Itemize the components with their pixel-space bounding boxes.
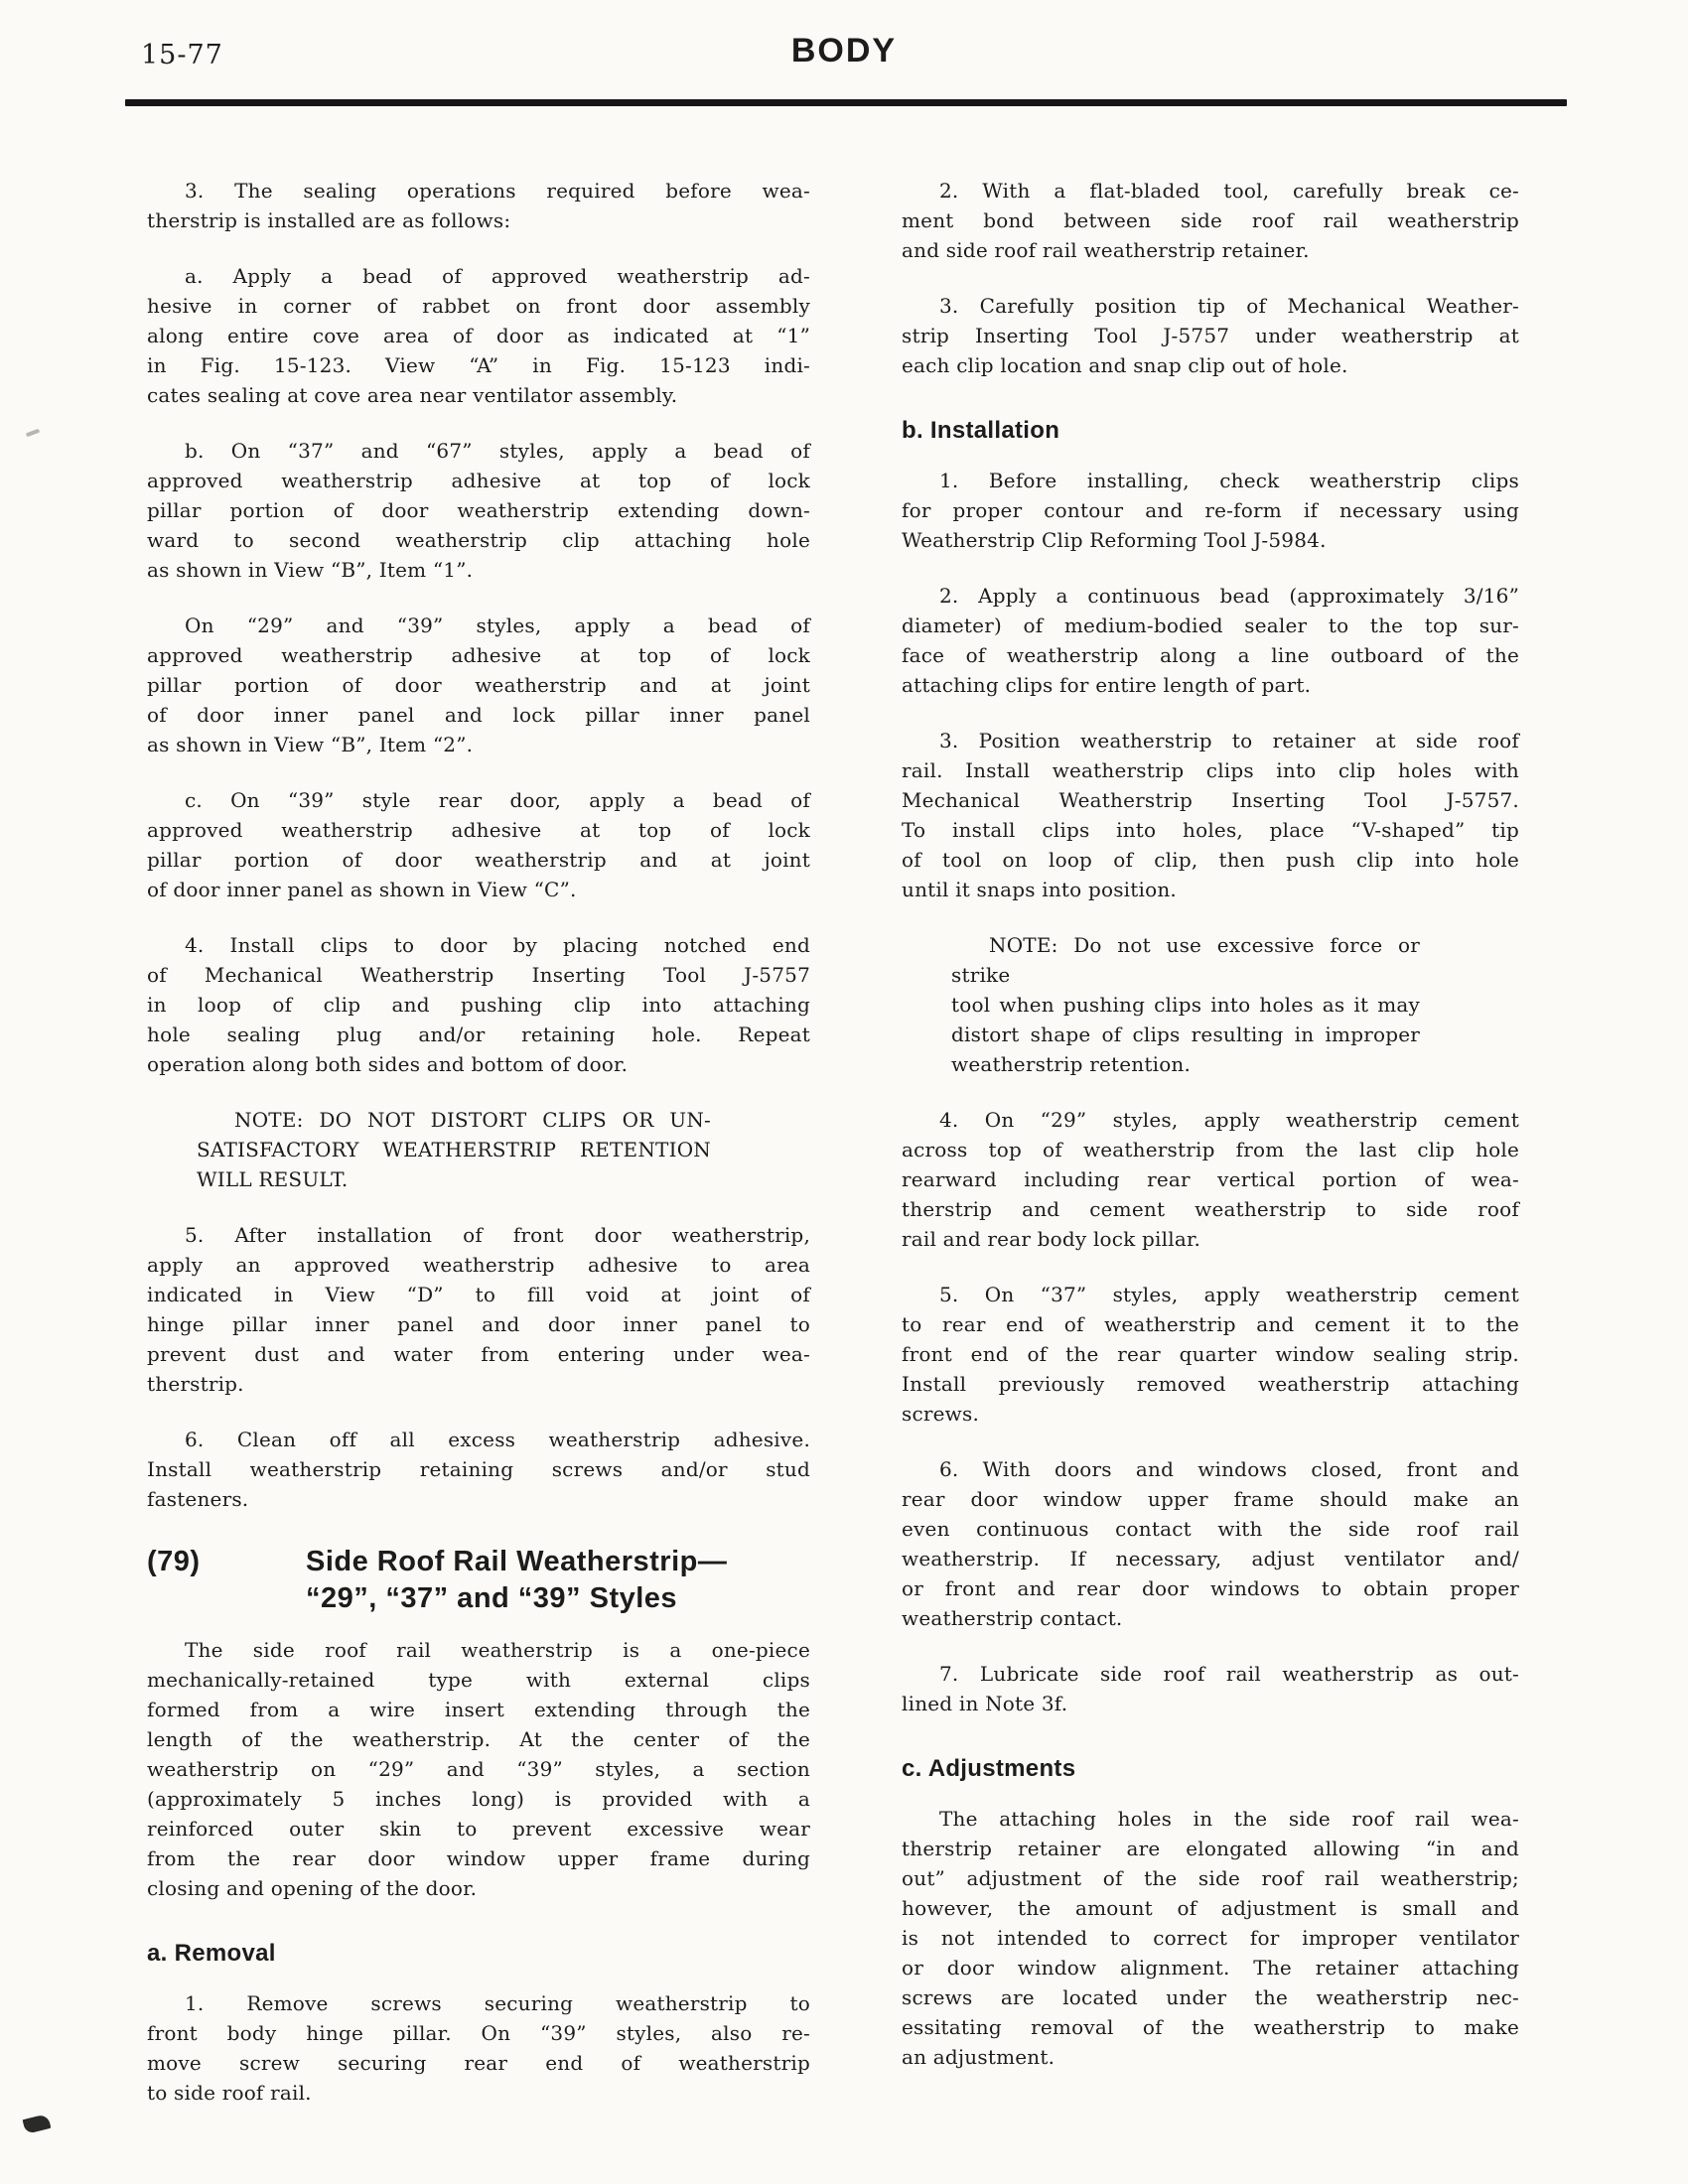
text-line: therstrip is installed are as follows: (147, 205, 810, 235)
right-column: 2. With a flat-bladed tool, carefully br… (902, 162, 1519, 2072)
text-line: operation along both sides and bottom of… (147, 1049, 810, 1079)
text-line: Install weatherstrip retaining screws an… (147, 1454, 810, 1484)
text-line: essitating removal of the weatherstrip t… (902, 2012, 1519, 2042)
text-line: 4. Install clips to door by placing notc… (147, 930, 810, 960)
text-line: 6. Clean off all excess weatherstrip adh… (147, 1425, 810, 1454)
text-line: move screw securing rear end of weathers… (147, 2048, 810, 2078)
text-line: (approximately 5 inches long) is provide… (147, 1784, 810, 1814)
paragraph: 5. After installation of front door weat… (147, 1220, 810, 1399)
text-line: lined in Note 3f. (902, 1689, 1519, 1718)
text-line: 3. Carefully position tip of Mechanical … (902, 291, 1519, 321)
text-line: 1. Before installing, check weatherstrip… (902, 466, 1519, 495)
scan-smudge-icon (26, 429, 41, 438)
text-line: hole sealing plug and/or retaining hole.… (147, 1020, 810, 1049)
text-line: NOTE: DO NOT DISTORT CLIPS OR UN- (197, 1105, 711, 1135)
paragraph: 4. Install clips to door by placing notc… (147, 930, 810, 1079)
text-line: tool when pushing clips into holes as it… (951, 990, 1420, 1020)
text-line: prevent dust and water from entering und… (147, 1339, 810, 1369)
text-line: 1. Remove screws securing weatherstrip t… (147, 1988, 810, 2018)
paragraph: 1. Remove screws securing weatherstrip t… (147, 1988, 810, 2108)
text-line: therstrip retainer are elongated allowin… (902, 1834, 1519, 1863)
text-line: 5. On “37” styles, apply weatherstrip ce… (902, 1280, 1519, 1309)
text-line: in loop of clip and pushing clip into at… (147, 990, 810, 1020)
paragraph: 3. Position weatherstrip to retainer at … (902, 726, 1519, 904)
text-line: b. On “37” and “67” styles, apply a bead… (147, 436, 810, 466)
text-line: NOTE: Do not use excessive force or stri… (951, 930, 1420, 990)
paragraph: 3. The sealing operations required befor… (147, 176, 810, 235)
text-line: 5. After installation of front door weat… (147, 1220, 810, 1250)
text-line: or front and rear door windows to obtain… (902, 1573, 1519, 1603)
paragraph: 3. Carefully position tip of Mechanical … (902, 291, 1519, 380)
text-line: of door inner panel and lock pillar inne… (147, 700, 810, 730)
text-line: screws are located under the weatherstri… (902, 1982, 1519, 2012)
text-line: front end of the rear quarter window sea… (902, 1339, 1519, 1369)
text-line: SATISFACTORY WEATHERSTRIP RETENTION (197, 1135, 711, 1164)
text-line: 7. Lubricate side roof rail weatherstrip… (902, 1659, 1519, 1689)
text-line: a. Apply a bead of approved weatherstrip… (147, 261, 810, 291)
text-line: rear door window upper frame should make… (902, 1484, 1519, 1514)
text-line: ment bond between side roof rail weather… (902, 205, 1519, 235)
text-line: length of the weatherstrip. At the cente… (147, 1724, 810, 1754)
paragraph: 1. Before installing, check weatherstrip… (902, 466, 1519, 555)
text-line: hinge pillar inner panel and door inner … (147, 1309, 810, 1339)
text-line: strip Inserting Tool J-5757 under weathe… (902, 321, 1519, 350)
text-line: attaching clips for entire length of par… (902, 670, 1519, 700)
text-line: an adjustment. (902, 2042, 1519, 2072)
text-line: to side roof rail. (147, 2078, 810, 2108)
text-line: 6. With doors and windows closed, front … (902, 1454, 1519, 1484)
text-line: rail. Install weatherstrip clips into cl… (902, 755, 1519, 785)
text-line: and side roof rail weatherstrip retainer… (902, 235, 1519, 265)
text-line: therstrip and cement weatherstrip to sid… (902, 1194, 1519, 1224)
text-line: of tool on loop of clip, then push clip … (902, 845, 1519, 875)
text-line: for proper contour and re-form if necess… (902, 495, 1519, 525)
left-column: 3. The sealing operations required befor… (147, 162, 810, 2108)
subheading-adjustments: c. Adjustments (902, 1754, 1519, 1784)
text-line: 2. With a flat-bladed tool, carefully br… (902, 176, 1519, 205)
text-line: pillar portion of door weatherstrip and … (147, 670, 810, 700)
paragraph: 4. On “29” styles, apply weatherstrip ce… (902, 1105, 1519, 1254)
paragraph: The attaching holes in the side roof rai… (902, 1804, 1519, 2072)
text-line: 2. Apply a continuous bead (approximatel… (902, 581, 1519, 611)
page-title: BODY (0, 32, 1688, 70)
paragraph: 2. With a flat-bladed tool, carefully br… (902, 176, 1519, 265)
note-block: NOTE: Do not use excessive force or stri… (951, 930, 1420, 1079)
subheading-removal: a. Removal (147, 1939, 810, 1969)
paragraph: 5. On “37” styles, apply weatherstrip ce… (902, 1280, 1519, 1429)
text-line: weatherstrip on “29” and “39” styles, a … (147, 1754, 810, 1784)
text-line: weatherstrip. If necessary, adjust venti… (902, 1544, 1519, 1573)
text-line: approved weatherstrip adhesive at top of… (147, 815, 810, 845)
text-line: On “29” and “39” styles, apply a bead of (147, 611, 810, 640)
paragraph: b. On “37” and “67” styles, apply a bead… (147, 436, 810, 585)
text-line: mechanically-retained type with external… (147, 1665, 810, 1695)
text-line: therstrip. (147, 1369, 810, 1399)
section-number: (79) (147, 1544, 306, 1617)
text-line: 4. On “29” styles, apply weatherstrip ce… (902, 1105, 1519, 1135)
text-line: Install previously removed weatherstrip … (902, 1369, 1519, 1399)
text-line: across top of weatherstrip from the last… (902, 1135, 1519, 1164)
section-heading: (79)Side Roof Rail Weatherstrip—“29”, “3… (147, 1544, 810, 1617)
text-line: approved weatherstrip adhesive at top of… (147, 466, 810, 495)
paragraph: 2. Apply a continuous bead (approximatel… (902, 581, 1519, 700)
text-line: weatherstrip contact. (902, 1603, 1519, 1633)
text-line: face of weatherstrip along a line outboa… (902, 640, 1519, 670)
text-line: to rear end of weatherstrip and cement i… (902, 1309, 1519, 1339)
text-line: rearward including rear vertical portion… (902, 1164, 1519, 1194)
paragraph: c. On “39” style rear door, apply a bead… (147, 785, 810, 904)
text-line: 3. The sealing operations required befor… (147, 176, 810, 205)
text-line: indicated in View “D” to fill void at jo… (147, 1280, 810, 1309)
text-line: pillar portion of door weatherstrip exte… (147, 495, 810, 525)
text-line: until it snaps into position. (902, 875, 1519, 904)
text-line: as shown in View “B”, Item “2”. (147, 730, 810, 759)
text-line: screws. (902, 1399, 1519, 1429)
text-line: reinforced outer skin to prevent excessi… (147, 1814, 810, 1843)
text-line: To install clips into holes, place “V-sh… (902, 815, 1519, 845)
text-line: diameter) of medium-bodied sealer to the… (902, 611, 1519, 640)
paragraph: The side roof rail weatherstrip is a one… (147, 1635, 810, 1903)
text-line: The side roof rail weatherstrip is a one… (147, 1635, 810, 1665)
text-line: each clip location and snap clip out of … (902, 350, 1519, 380)
text-line: of Mechanical Weatherstrip Inserting Too… (147, 960, 810, 990)
paragraph: 6. With doors and windows closed, front … (902, 1454, 1519, 1633)
text-line: or door window alignment. The retainer a… (902, 1953, 1519, 1982)
text-line: formed from a wire insert extending thro… (147, 1695, 810, 1724)
text-line: pillar portion of door weatherstrip and … (147, 845, 810, 875)
text-line: even continuous contact with the side ro… (902, 1514, 1519, 1544)
text-line: closing and opening of the door. (147, 1873, 810, 1903)
manual-page: 15-77 BODY 3. The sealing operations req… (0, 0, 1688, 2184)
text-line: is not intended to correct for improper … (902, 1923, 1519, 1953)
text-line: along entire cove area of door as indica… (147, 321, 810, 350)
text-line: front body hinge pillar. On “39” styles,… (147, 2018, 810, 2048)
text-line: The attaching holes in the side roof rai… (902, 1804, 1519, 1834)
text-line: Mechanical Weatherstrip Inserting Tool J… (902, 785, 1519, 815)
paragraph: a. Apply a bead of approved weatherstrip… (147, 261, 810, 410)
text-line: in Fig. 15-123. View “A” in Fig. 15-123 … (147, 350, 810, 380)
text-line: fasteners. (147, 1484, 810, 1514)
subheading-installation: b. Installation (902, 416, 1519, 446)
text-line: weatherstrip retention. (951, 1049, 1420, 1079)
paragraph: On “29” and “39” styles, apply a bead of… (147, 611, 810, 759)
text-line: distort shape of clips resulting in impr… (951, 1020, 1420, 1049)
text-line: cates sealing at cove area near ventilat… (147, 380, 810, 410)
text-line: c. On “39” style rear door, apply a bead… (147, 785, 810, 815)
scan-smudge-icon (23, 2114, 52, 2134)
text-line: Weatherstrip Clip Reforming Tool J-5984. (902, 525, 1519, 555)
text-line: apply an approved weatherstrip adhesive … (147, 1250, 810, 1280)
paragraph: 6. Clean off all excess weatherstrip adh… (147, 1425, 810, 1514)
header-rule (125, 99, 1567, 106)
note-block: NOTE: DO NOT DISTORT CLIPS OR UN-SATISFA… (197, 1105, 711, 1194)
text-line: however, the amount of adjustment is sma… (902, 1893, 1519, 1923)
text-line: 3. Position weatherstrip to retainer at … (902, 726, 1519, 755)
text-line: WILL RESULT. (197, 1164, 711, 1194)
text-line: approved weatherstrip adhesive at top of… (147, 640, 810, 670)
text-line: as shown in View “B”, Item “1”. (147, 555, 810, 585)
text-line: of door inner panel as shown in View “C”… (147, 875, 810, 904)
text-line: hesive in corner of rabbet on front door… (147, 291, 810, 321)
text-line: from the rear door window upper frame du… (147, 1843, 810, 1873)
text-line: out” adjustment of the side roof rail we… (902, 1863, 1519, 1893)
text-line: ward to second weatherstrip clip attachi… (147, 525, 810, 555)
section-title-text: Side Roof Rail Weatherstrip—“29”, “37” a… (306, 1544, 727, 1617)
text-line: rail and rear body lock pillar. (902, 1224, 1519, 1254)
paragraph: 7. Lubricate side roof rail weatherstrip… (902, 1659, 1519, 1718)
